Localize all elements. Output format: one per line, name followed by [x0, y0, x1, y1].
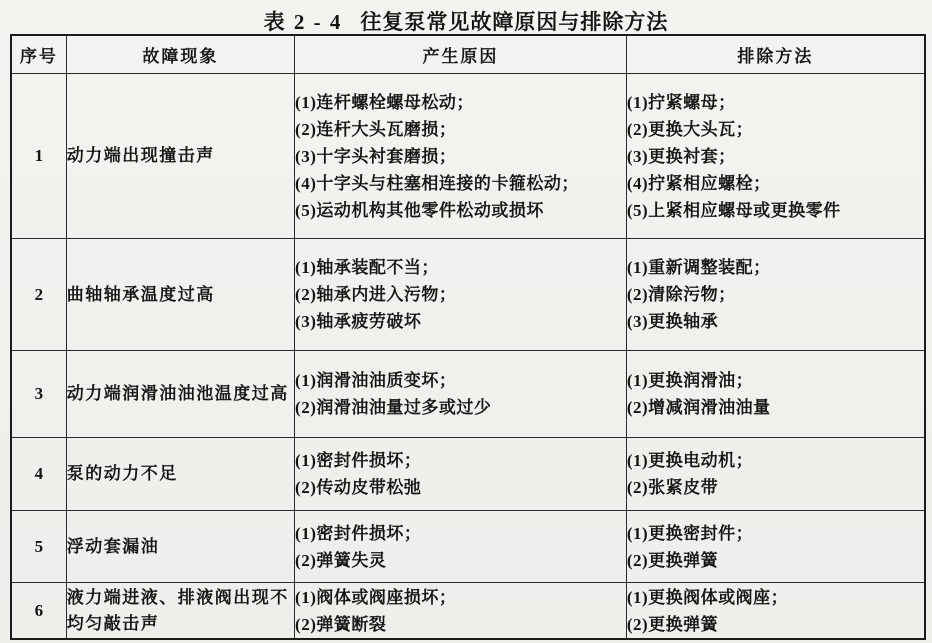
cause-line: (3)十字头衬套磨损；	[295, 143, 626, 170]
remedy-line: (2)更换弹簧	[627, 611, 924, 638]
header-cell-phenomenon: 故障现象	[66, 35, 294, 74]
remedy-line: (4)拧紧相应螺栓；	[627, 170, 924, 197]
row-number-cell: 6	[11, 583, 66, 639]
causes-cell: (1)密封件损坏； (2)传动皮带松弛	[295, 437, 627, 510]
cause-line: (2)轴承内进入污物；	[295, 281, 626, 308]
cause-line: (2)润滑油油量过多或过少	[295, 394, 626, 421]
row-number-cell: 5	[11, 510, 66, 583]
cause-line: (2)连杆大头瓦磨损；	[295, 116, 626, 143]
row-number-cell: 1	[11, 74, 66, 239]
causes-cell: (1)润滑油油质变坏； (2)润滑油油量过多或过少	[295, 351, 627, 438]
cause-line: (1)润滑油油质变坏；	[295, 367, 626, 394]
remedy-line: (5)上紧相应螺母或更换零件	[627, 197, 924, 224]
remedy-line: (1)重新调整装配；	[627, 254, 924, 281]
cause-line: (1)密封件损坏；	[295, 520, 626, 547]
remedy-line: (1)更换润滑油；	[627, 367, 924, 394]
cause-line: (1)阀体或阀座损坏；	[295, 584, 626, 611]
remedies-cell: (1)更换润滑油； (2)增减润滑油油量	[626, 351, 925, 438]
remedies-cell: (1)重新调整装配； (2)清除污物； (3)更换轴承	[626, 239, 925, 351]
phenomenon-cell: 动力端润滑油油池温度过高	[66, 351, 294, 438]
cause-line: (5)运动机构其他零件松动或损坏	[295, 197, 626, 224]
row-number-cell: 4	[11, 437, 66, 510]
phenomenon-cell: 动力端出现撞击声	[66, 74, 294, 239]
cause-line: (2)弹簧失灵	[295, 547, 626, 574]
cause-line: (1)连杆螺栓螺母松动；	[295, 89, 626, 116]
remedy-line: (2)清除污物；	[627, 281, 924, 308]
table-title: 表 2 - 4往复泵常见故障原因与排除方法	[0, 6, 932, 36]
remedy-line: (1)更换电动机；	[627, 447, 924, 474]
remedy-line: (1)更换密封件；	[627, 520, 924, 547]
remedy-line: (3)更换衬套；	[627, 143, 924, 170]
remedy-line: (1)更换阀体或阀座；	[627, 584, 924, 611]
causes-cell: (1)轴承装配不当； (2)轴承内进入污物； (3)轴承疲劳破坏	[295, 239, 627, 351]
cause-line: (4)十字头与柱塞相连接的卡箍松动；	[295, 170, 626, 197]
row-number-cell: 2	[11, 239, 66, 351]
cause-line: (2)弹簧断裂	[295, 611, 626, 638]
remedy-line: (2)更换大头瓦；	[627, 116, 924, 143]
cause-line: (3)轴承疲劳破坏	[295, 308, 626, 335]
remedies-cell: (1)更换电动机； (2)张紧皮带	[626, 437, 925, 510]
phenomenon-cell: 泵的动力不足	[66, 437, 294, 510]
table-row: 5 浮动套漏油 (1)密封件损坏； (2)弹簧失灵 (1)更换密封件； (2)更…	[11, 510, 925, 583]
table-row: 2 曲轴轴承温度过高 (1)轴承装配不当； (2)轴承内进入污物； (3)轴承疲…	[11, 239, 925, 351]
phenomenon-cell: 浮动套漏油	[66, 510, 294, 583]
row-number-cell: 3	[11, 351, 66, 438]
remedy-line: (2)更换弹簧	[627, 547, 924, 574]
remedies-cell: (1)更换密封件； (2)更换弹簧	[626, 510, 925, 583]
table-number: 表 2 - 4	[264, 10, 343, 34]
causes-cell: (1)阀体或阀座损坏； (2)弹簧断裂	[295, 583, 627, 639]
phenomenon-cell: 曲轴轴承温度过高	[66, 239, 294, 351]
phenomenon-cell: 液力端进液、排液阀出现不均匀敲击声	[66, 583, 294, 639]
remedy-line: (1)拧紧螺母；	[627, 89, 924, 116]
cause-line: (1)轴承装配不当；	[295, 254, 626, 281]
header-cell-number: 序号	[11, 35, 66, 74]
header-cell-cause: 产生原因	[295, 35, 627, 74]
remedies-cell: (1)拧紧螺母； (2)更换大头瓦； (3)更换衬套； (4)拧紧相应螺栓； (…	[626, 74, 925, 239]
table-row: 4 泵的动力不足 (1)密封件损坏； (2)传动皮带松弛 (1)更换电动机； (…	[11, 437, 925, 510]
table-caption: 往复泵常见故障原因与排除方法	[360, 10, 668, 34]
cause-line: (2)传动皮带松弛	[295, 474, 626, 501]
table-row: 3 动力端润滑油油池温度过高 (1)润滑油油质变坏； (2)润滑油油量过多或过少…	[11, 351, 925, 438]
remedies-cell: (1)更换阀体或阀座； (2)更换弹簧	[626, 583, 925, 639]
remedy-line: (2)增减润滑油油量	[627, 394, 924, 421]
remedy-line: (3)更换轴承	[627, 308, 924, 335]
causes-cell: (1)连杆螺栓螺母松动； (2)连杆大头瓦磨损； (3)十字头衬套磨损； (4)…	[295, 74, 627, 239]
cause-line: (1)密封件损坏；	[295, 447, 626, 474]
table-row: 6 液力端进液、排液阀出现不均匀敲击声 (1)阀体或阀座损坏； (2)弹簧断裂 …	[11, 583, 925, 639]
header-cell-remedy: 排除方法	[626, 35, 925, 74]
remedy-line: (2)张紧皮带	[627, 474, 924, 501]
table-row: 1 动力端出现撞击声 (1)连杆螺栓螺母松动； (2)连杆大头瓦磨损； (3)十…	[11, 74, 925, 239]
table-header-row: 序号 故障现象 产生原因 排除方法	[11, 35, 925, 74]
fault-table: 序号 故障现象 产生原因 排除方法 1 动力端出现撞击声 (1)连杆螺栓螺母松动…	[10, 34, 926, 640]
causes-cell: (1)密封件损坏； (2)弹簧失灵	[295, 510, 627, 583]
scanned-page: 表 2 - 4往复泵常见故障原因与排除方法 序号 故障现象 产生原因 排除方法 …	[0, 0, 932, 643]
